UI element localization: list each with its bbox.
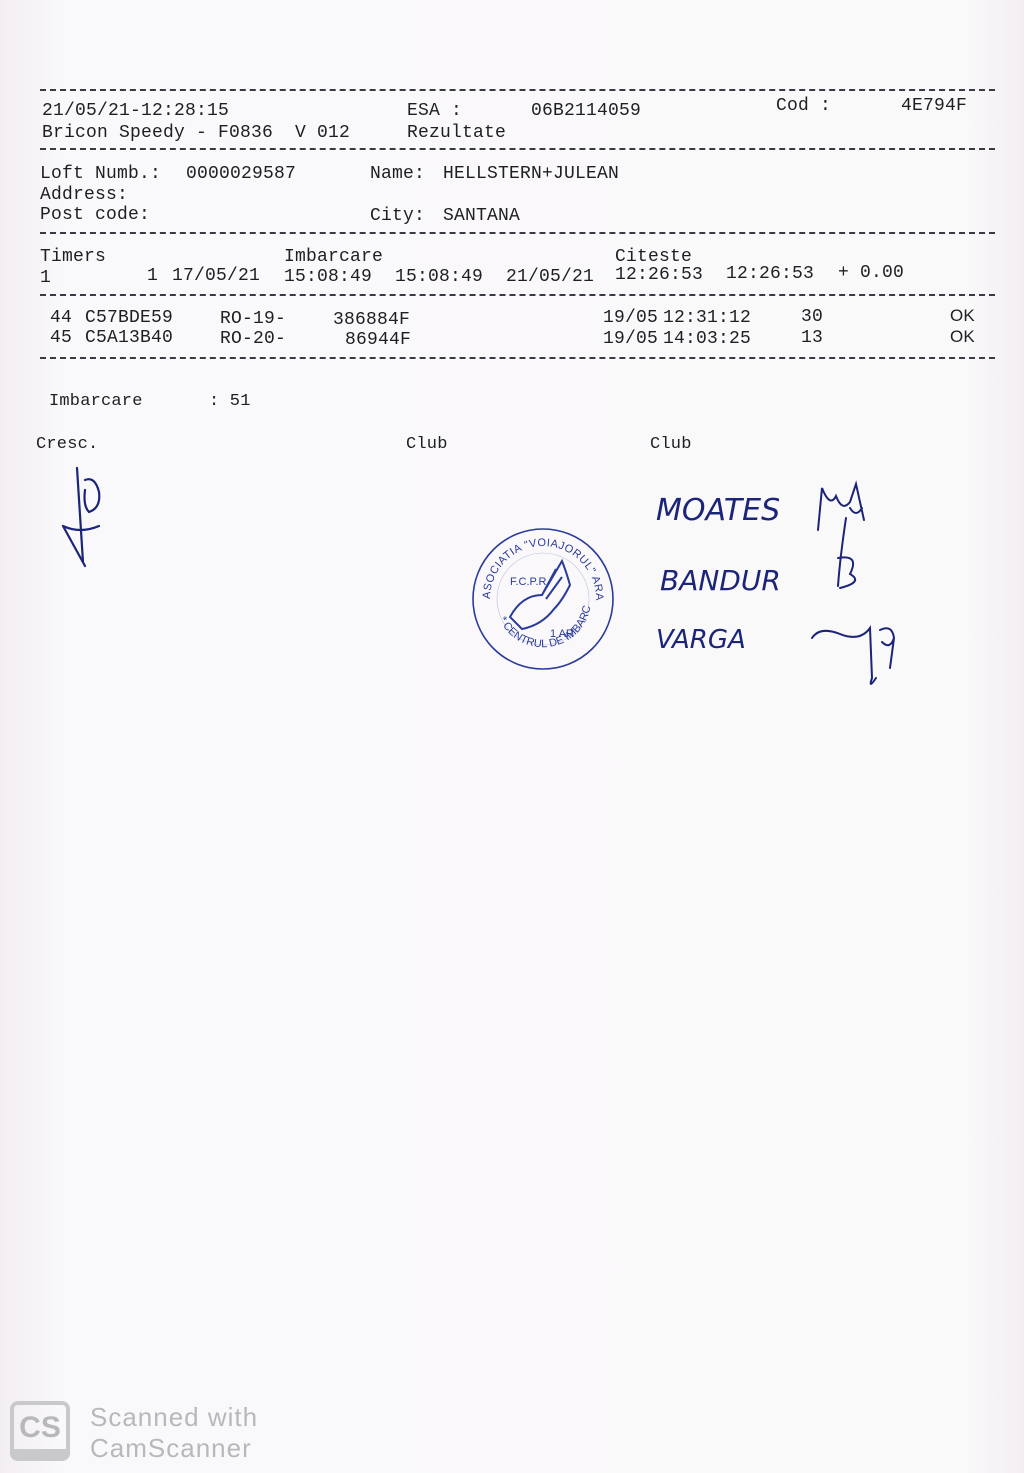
read-time-2: 12:26:53	[726, 264, 814, 284]
result-ring-prefix: RO-20-	[220, 329, 286, 349]
read-time-1: 12:26:53	[615, 265, 703, 285]
city-value: SANTANA	[443, 206, 520, 226]
divider	[40, 148, 995, 150]
cod-value: 4E794F	[901, 96, 967, 116]
result-arrival-date: 19/05	[603, 329, 658, 349]
address-label: Address:	[40, 185, 128, 205]
print-datetime: 21/05/21-12:28:15	[42, 101, 229, 121]
loft-label: Loft Numb.:	[40, 164, 161, 184]
loft-number: 0000029587	[186, 164, 296, 184]
result-ring-number: 86944F	[345, 330, 411, 350]
result-position: 44	[50, 308, 72, 328]
city-label: City:	[370, 206, 425, 226]
esa-label: ESA :	[407, 101, 462, 121]
postcode-label: Post code:	[40, 205, 150, 225]
svg-text:BANDUR: BANDUR	[660, 564, 781, 597]
basket-date: 17/05/21	[172, 266, 260, 286]
name-label: Name:	[370, 164, 425, 184]
result-value: 13	[801, 328, 823, 348]
fancier-name: HELLSTERN+JULEAN	[443, 164, 619, 184]
result-value: 30	[801, 307, 823, 327]
result-chip: C5A13B40	[85, 328, 173, 348]
camscanner-logo-icon: CS	[10, 1401, 70, 1461]
watermark-line-1: Scanned with	[90, 1402, 258, 1433]
watermark-line-2: CamScanner	[90, 1433, 252, 1464]
svg-text:1 AR: 1 AR	[550, 628, 574, 640]
result-arrival-time: 12:31:12	[663, 308, 751, 328]
report-type: Rezultate	[407, 123, 506, 143]
deviation: + 0.00	[838, 263, 904, 283]
basket-time-1: 15:08:49	[284, 267, 372, 287]
result-status: OK	[950, 306, 975, 326]
svg-text:VARGA: VARGA	[656, 625, 746, 655]
club-label-2: Club	[650, 435, 692, 455]
timer-count: 1	[147, 266, 158, 286]
cresc-label: Cresc.	[36, 435, 98, 455]
timers-header: Timers	[40, 247, 106, 267]
divider	[40, 89, 995, 91]
scanned-page: 21/05/21-12:28:15 ESA : 06B2114059 Cod :…	[0, 0, 1024, 1473]
result-position: 45	[50, 328, 72, 348]
result-status: OK	[950, 327, 975, 347]
breeder-signature	[55, 462, 115, 572]
result-arrival-date: 19/05	[603, 308, 658, 328]
device-info: Bricon Speedy - F0836 V 012	[42, 123, 350, 143]
result-arrival-time: 14:03:25	[663, 329, 751, 349]
svg-text:MOATES: MOATES	[656, 493, 780, 528]
cod-label: Cod :	[776, 96, 831, 116]
svg-text:F.C.P.R.: F.C.P.R.	[510, 576, 550, 588]
divider	[40, 232, 995, 234]
result-ring-prefix: RO-19-	[220, 309, 286, 329]
divider	[40, 294, 995, 296]
result-ring-number: 386884F	[333, 310, 410, 330]
esa-value: 06B2114059	[531, 101, 641, 121]
result-chip: C57BDE59	[85, 308, 173, 328]
club-label-1: Club	[406, 435, 448, 455]
club-signatures: MOATES BANDUR VARGA	[650, 478, 920, 693]
read-date: 21/05/21	[506, 267, 594, 287]
club-stamp: ASOCIATIA "VOIAJORUL" ARAD * * CENTRUL D…	[470, 525, 616, 673]
imbarcare-summary-label: Imbarcare	[49, 392, 143, 412]
svg-text:ASOCIATIA "VOIAJORUL" ARAD *: ASOCIATIA "VOIAJORUL" ARAD *	[470, 525, 605, 601]
imbarcare-summary-value: : 51	[209, 392, 251, 412]
basket-time-2: 15:08:49	[395, 267, 483, 287]
citeste-header: Citeste	[615, 247, 692, 267]
timer-id: 1	[40, 268, 51, 288]
divider	[40, 357, 995, 359]
imbarcare-header: Imbarcare	[284, 247, 383, 267]
